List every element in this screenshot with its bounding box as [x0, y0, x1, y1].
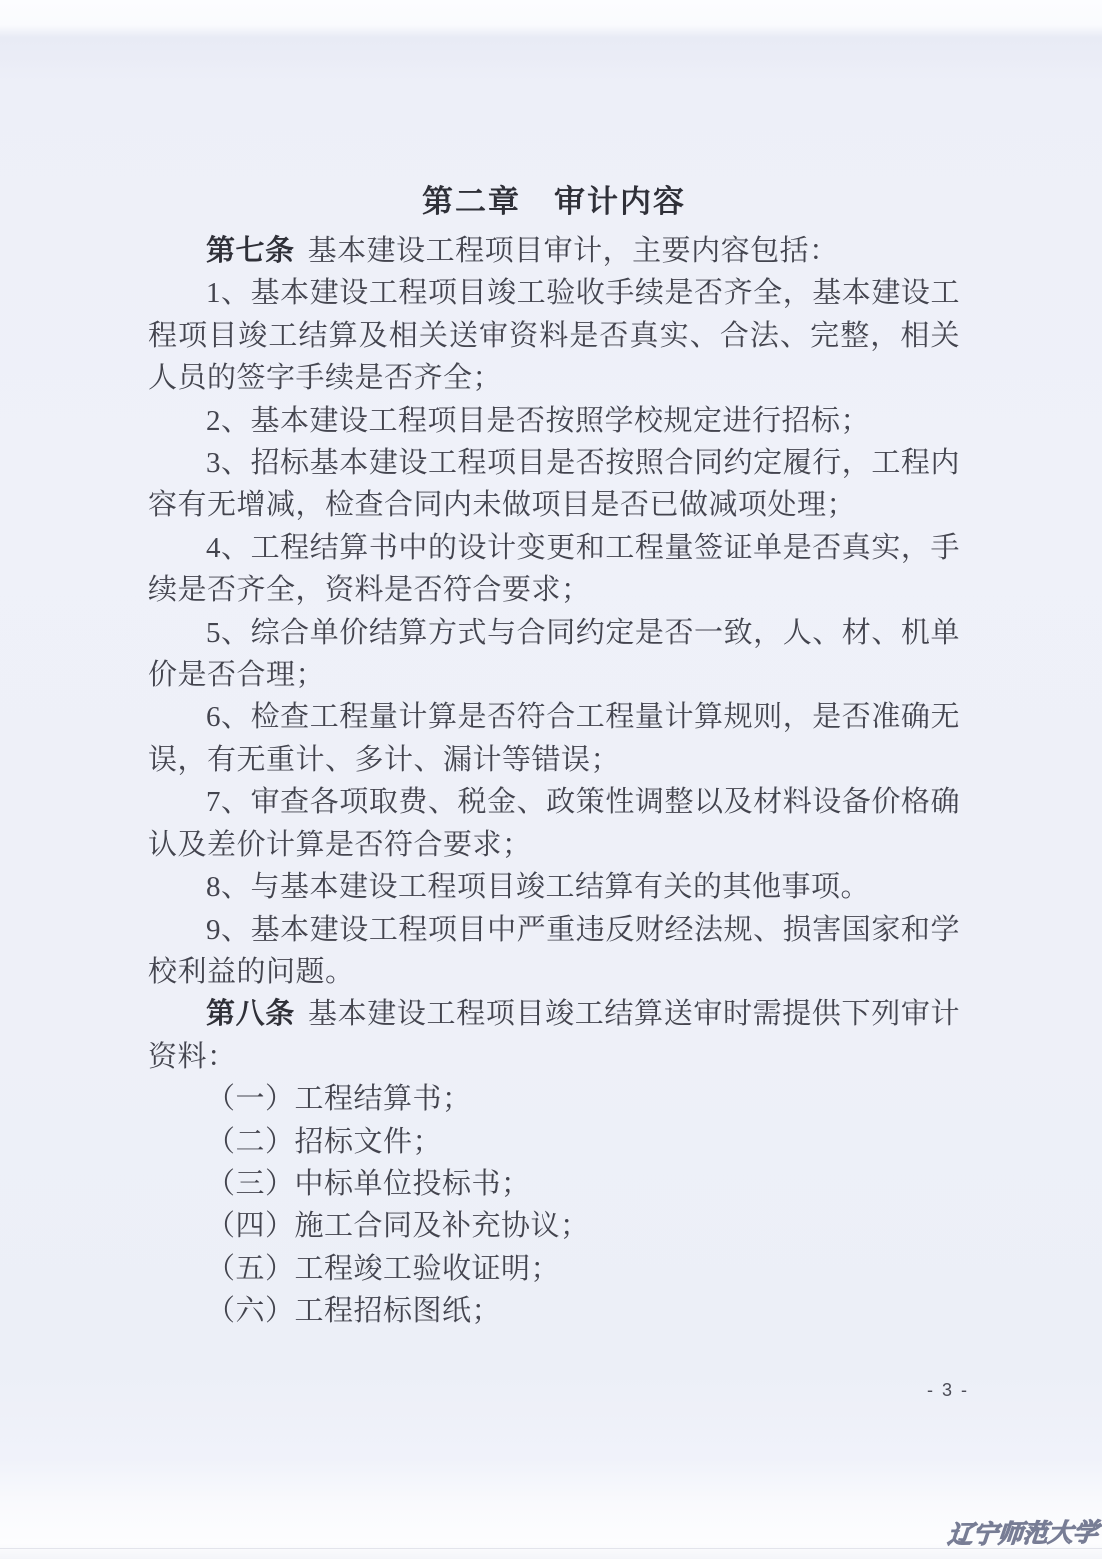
article-8-item-2: （二）招标文件； — [148, 1121, 960, 1163]
article-7-heading: 第七条基本建设工程项目审计，主要内容包括： — [148, 230, 960, 272]
article-8-label: 第八条 — [206, 998, 295, 1030]
article-8-item-1: （一）工程结算书； — [148, 1078, 960, 1120]
document-body: 第二章 审计内容 第七条基本建设工程项目审计，主要内容包括： 1、基本建设工程项… — [148, 186, 960, 1333]
article-7-item-2: 2、基本建设工程项目是否按照学校规定进行招标； — [148, 400, 960, 442]
article-8-item-5: （五）工程竣工验收证明； — [148, 1248, 960, 1290]
chapter-title: 第二章 审计内容 — [148, 186, 960, 217]
article-8-item-3: （三）中标单位投标书； — [148, 1163, 960, 1205]
article-7-item-9: 9、基本建设工程项目中严重违反财经法规、损害国家和学校利益的问题。 — [148, 909, 960, 994]
article-7-item-3: 3、招标基本建设工程项目是否按照合同约定履行，工程内容有无增减，检查合同内未做项… — [148, 442, 960, 527]
article-7-item-7: 7、审查各项取费、税金、政策性调整以及材料设备价格确认及差价计算是否符合要求； — [148, 781, 960, 866]
article-7-item-4: 4、工程结算书中的设计变更和工程量签证单是否真实，手续是否齐全，资料是否符合要求… — [148, 527, 960, 612]
article-7-label: 第七条 — [206, 235, 295, 267]
article-7-item-8: 8、与基本建设工程项目竣工结算有关的其他事项。 — [148, 866, 960, 908]
article-8-item-4: （四）施工合同及补充协议； — [148, 1205, 960, 1247]
university-watermark: 辽宁师范大学 — [946, 1513, 1099, 1552]
article-8-item-6: （六）工程招标图纸； — [148, 1290, 960, 1332]
scanned-document-page: 第二章 审计内容 第七条基本建设工程项目审计，主要内容包括： 1、基本建设工程项… — [0, 0, 1102, 1559]
article-7-item-6: 6、检查工程量计算是否符合工程量计算规则，是否准确无误，有无重计、多计、漏计等错… — [148, 696, 960, 781]
article-7-intro: 基本建设工程项目审计，主要内容包括： — [308, 235, 839, 267]
article-7-item-5: 5、综合单价结算方式与合同约定是否一致，人、材、机单价是否合理； — [148, 612, 960, 697]
article-8-heading: 第八条基本建设工程项目竣工结算送审时需提供下列审计资料： — [148, 993, 960, 1078]
article-7-item-1: 1、基本建设工程项目竣工验收手续是否齐全，基本建设工程项目竣工结算及相关送审资料… — [148, 272, 960, 399]
page-number: - 3 - — [903, 1380, 993, 1401]
